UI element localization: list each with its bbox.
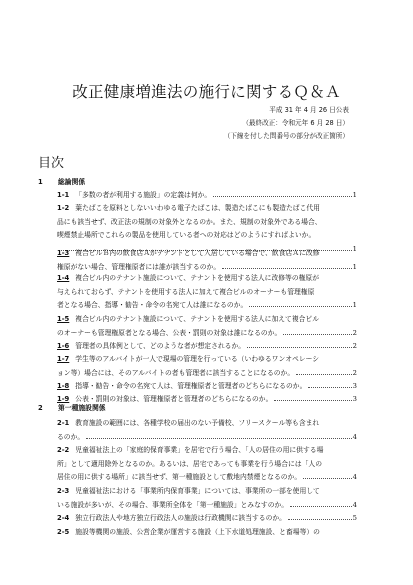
question-number: 1-7 — [57, 355, 69, 363]
page-number: 4 — [353, 471, 357, 485]
question-number: 2-3 — [57, 487, 69, 495]
dot-leader — [288, 519, 352, 520]
page-number: 3 — [353, 393, 357, 407]
revision-note: （下線を付した問番号の部分が改正箇所） — [224, 130, 349, 143]
page-number: 1 — [353, 299, 357, 313]
entry-text: 複合ビル内のテナント施設について、テナントを使用する法人に加えて複合ビル — [75, 315, 319, 323]
toc-entry[interactable]: 2-1教育施設の範囲には、各種学校の届出のない予備校、フリースクール等も含まれる… — [57, 417, 357, 444]
entry-text: 葉たばこを原料としないいわゆる電子たばこは、製造たばこにも製造たばこ代用 — [75, 204, 320, 212]
published-date: 平成 31 年 4 月 26 日公表 — [269, 104, 349, 117]
dot-leader — [308, 387, 351, 388]
toc-entry[interactable]: 1-8指導・勧告・命令の名宛て人は、管理権原者と管理者のどちらになるのか。3 — [57, 380, 357, 394]
entry-text: 管理者の具体例として、どのような者が想定されるか。 — [75, 340, 245, 354]
dot-leader — [247, 347, 352, 348]
entry-text: 教育施設の範囲には、各種学校の届出のない予備校、フリースクール等も含まれ — [75, 419, 319, 427]
entry-text: 与えられておらず、テナントを使用する法人に加えて複合ビルのオーナーも管理権原 — [57, 288, 314, 296]
question-number: 1-1 — [57, 189, 69, 203]
question-number: 1-6 — [57, 340, 69, 354]
dot-leader — [296, 374, 352, 375]
page-number: 4 — [353, 431, 357, 445]
page-number: 1 — [353, 189, 357, 203]
question-number: 2-4 — [57, 512, 69, 526]
question-number: 1-3 — [57, 249, 69, 257]
page-number: 3 — [353, 380, 357, 394]
page-number: 4 — [353, 499, 357, 513]
entry-text: 施設等機関の施設、公営企業が運営する施設（上下水道処理施設、と畜場等）の — [75, 526, 320, 540]
entry-text: 所」として適用除外となるのか。あるいは、居宅であっても事業を行う場合には「人の — [57, 460, 322, 468]
dot-leader — [213, 196, 351, 197]
entry-text: 指導・勧告・命令の名宛て人は、管理権原者と管理者のどちらになるのか。 — [75, 380, 306, 394]
toc-entry[interactable]: 2-4独立行政法人や地方独立行政法人の施設は行政機関に該当するのか。5 — [57, 512, 357, 526]
dot-leader — [283, 334, 351, 335]
toc-entry[interactable]: 1-4複合ビル内のテナント施設について、テナントを使用する法人に改修等の権原が与… — [57, 272, 357, 313]
dot-leader — [290, 506, 352, 507]
dot-leader — [274, 400, 351, 401]
dot-leader — [222, 268, 352, 269]
document-page: 改正健康増進法の施行に関するＱ＆Ａ 平成 31 年 4 月 26 日公表 （最終… — [0, 0, 413, 585]
entry-text: 児童福祉法上の「家庭的保育事業」を居宅で行う場合、「人の居住の用に供する場 — [75, 446, 323, 454]
entry-text: 独立行政法人や地方独立行政法人の施設は行政機関に該当するのか。 — [75, 512, 286, 526]
dot-leader — [303, 478, 352, 479]
entry-text: のオーナーも管理権原者となる場合、公表・罰則の対象は誰になるのか。 — [57, 327, 281, 341]
toc-entry[interactable]: 1-6管理者の具体例として、どのような者が想定されるか。2 — [57, 340, 357, 354]
entry-text: ョン等）場合には、そのアルバイトの者も管理者に該当することになるのか。 — [57, 367, 294, 381]
last-revised-date: （最終改正：令和元年 6 月 28 日） — [242, 117, 349, 130]
toc-section-2[interactable]: 2第一種施設関係 — [38, 402, 106, 412]
entry-text: 「多数の者が利用する施設」の定義は何か。 — [75, 189, 211, 203]
toc-section-1[interactable]: 1総論関係 — [38, 176, 85, 186]
section-number: 1 — [38, 178, 58, 186]
section-label: 総論関係 — [58, 178, 85, 186]
section-number: 2 — [38, 404, 58, 412]
question-number: 1-2 — [57, 204, 69, 212]
document-title: 改正健康増進法の施行に関するＱ＆Ａ — [0, 80, 413, 102]
page-number: 2 — [353, 327, 357, 341]
entry-text: 居住の用に供する場所」に該当せず、第一種施設として敷地内禁煙となるのか。 — [57, 471, 301, 485]
entry-text: いる施設が多いが、その場合、事業所全体を「第一種施設」とみなすのか。 — [57, 499, 288, 513]
entry-text: るのか。 — [57, 431, 84, 445]
dot-leader — [249, 306, 351, 307]
entry-text: 児童福祉法における「事業所内保育事業」については、事業所の一部を使用して — [75, 487, 320, 495]
toc-heading: 目次 — [38, 152, 64, 171]
entry-text: 品にも該当せず、改正法の規制の対象外となるのか。また、規制の対象外である場合、 — [57, 218, 322, 226]
toc-entry[interactable]: 1-1「多数の者が利用する施設」の定義は何か。1 — [57, 189, 357, 203]
toc-entry[interactable]: 1-3複合ビルＢ内の飲食店Ａがテナントとして入居している場合で、飲食店Ａに改修権… — [57, 247, 357, 274]
entry-text: 複合ビルＢ内の飲食店Ａがテナントとして入居している場合で、飲食店Ａに改修 — [75, 249, 319, 257]
page-number: 2 — [353, 367, 357, 381]
toc-entry[interactable]: 2-5施設等機関の施設、公営企業が運営する施設（上下水道処理施設、と畜場等）の — [57, 526, 357, 540]
page-number: 5 — [353, 512, 357, 526]
entry-text: 学生等のアルバイトが一人で現場の管理を行っている（いわゆるワンオペレーシ — [75, 355, 319, 363]
section-label: 第一種施設関係 — [58, 404, 106, 412]
toc-entry[interactable]: 2-2児童福祉法上の「家庭的保育事業」を居宅で行う場合、「人の居住の用に供する場… — [57, 444, 357, 485]
question-number: 1-5 — [57, 315, 69, 323]
question-number: 1-4 — [57, 274, 69, 282]
entry-text: 喫煙禁止場所でこれらの製品を使用している者への対応はどのようにすればよいか。 — [57, 231, 315, 239]
question-number: 2-5 — [57, 526, 69, 540]
toc-entry[interactable]: 2-3児童福祉法における「事業所内保育事業」については、事業所の一部を使用してい… — [57, 485, 357, 512]
question-number: 2-1 — [57, 419, 69, 427]
entry-text: 複合ビル内のテナント施設について、テナントを使用する法人に改修等の権原が — [75, 274, 319, 282]
entry-text: 者となる場合、指導・勧告・命令の名宛て人は誰になるのか。 — [57, 299, 247, 313]
toc-entry[interactable]: 1-5複合ビル内のテナント施設について、テナントを使用する法人に加えて複合ビルの… — [57, 313, 357, 340]
page-number: 2 — [353, 340, 357, 354]
question-number: 2-2 — [57, 446, 69, 454]
dot-leader — [86, 438, 351, 439]
toc-entry[interactable]: 1-7学生等のアルバイトが一人で現場の管理を行っている（いわゆるワンオペレーショ… — [57, 353, 357, 380]
question-number: 1-8 — [57, 380, 69, 394]
